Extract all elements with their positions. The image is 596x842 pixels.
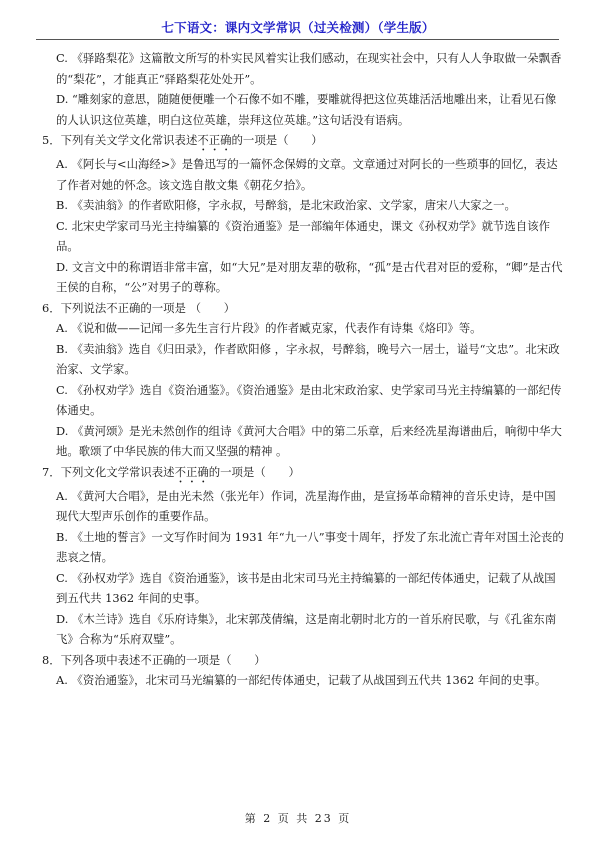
stem-text: 下列文化文学常识表述	[61, 465, 175, 479]
stem-text-end: （ ）	[220, 653, 266, 667]
stem-text-end: 的一项是（ ）	[232, 133, 323, 147]
option-label: D.	[56, 612, 68, 626]
page-number: 第 2 页 共 23 页	[245, 812, 351, 825]
question-6: 6．下列说法不正确的一项是 （ ） A. 《说和做——记闻一多先生言行片段》的作…	[30, 298, 564, 462]
question-number: 8．	[42, 653, 61, 667]
page-content: C. 《驿路梨花》这篇散文所写的朴实民风着实让我们感动，在现实社会中，只有人人争…	[30, 48, 564, 691]
stem-text-end: （ ）	[186, 301, 235, 315]
option-label: C.	[56, 571, 68, 585]
option-text: 《阿长与<山海经>》是鲁迅写的一篇怀念保姆的文章。文章通过对阿长的一些琐事的回忆…	[56, 157, 558, 192]
option-label: B.	[56, 530, 68, 544]
question-8: 8．下列各项中表述不正确的一项是（ ） A. 《资治通鉴》，北宋司马光编纂的一部…	[30, 650, 564, 691]
option-label: D.	[56, 260, 68, 274]
option-text: 《黄河大合唱》，是由光未然（张光年）作词，冼星海作曲，是宣扬革命精神的音乐史诗，…	[56, 489, 556, 524]
option-text: 《卖油翁》选自《归田录》，作者欧阳修 ，字永叔，号醉翁，晚号六一居士，谥号“文忠…	[56, 342, 560, 377]
stem-text: 下列各项中表述不正确的一项是	[61, 653, 220, 667]
option-text: 文言文中的称谓语非常丰富，如“大兄”是对朋友辈的敬称，“孤”是古代君对臣的爱称，…	[56, 260, 563, 295]
option-text: “雕刻家的意思，随随便便雕一个石像不如不雕，要雕就得把这位英雄活活地雕出来，让看…	[56, 92, 556, 127]
emphasized-text: 不正确	[175, 465, 209, 479]
header-title-text: 七下语文：课内文学常识（过关检测）（学生版）	[161, 20, 434, 35]
option-label: A.	[56, 489, 68, 503]
option-a: A. 《黄河大合唱》，是由光未然（张光年）作词，冼星海作曲，是宣扬革命精神的音乐…	[30, 486, 564, 527]
option-a: A. 《说和做——记闻一多先生言行片段》的作者臧克家，代表作有诗集《烙印》等。	[30, 318, 564, 339]
stem-text: 下列有关文学文化常识表述	[61, 133, 198, 147]
option-text: 北宋史学家司马光主持编纂的《资治通鉴》是一部编年体通史，课文《孙权劝学》就节选自…	[56, 219, 550, 254]
option-b: B. 《卖油翁》选自《归田录》，作者欧阳修 ，字永叔，号醉翁，晚号六一居士，谥号…	[30, 339, 564, 380]
question-number: 6．	[42, 301, 61, 315]
question-stem: 7．下列文化文学常识表述不正确的一项是（ ）	[30, 462, 564, 486]
option-label: A.	[56, 321, 68, 335]
option-b: B. 《土地的誓言》一文写作时间为 1931 年“九一八”事变十周年，抒发了东北…	[30, 527, 564, 568]
option-label: A.	[56, 673, 68, 687]
option-d: D. 文言文中的称谓语非常丰富，如“大兄”是对朋友辈的敬称，“孤”是古代君对臣的…	[30, 257, 564, 298]
question-number: 7．	[42, 465, 61, 479]
question-7: 7．下列文化文学常识表述不正确的一项是（ ） A. 《黄河大合唱》，是由光未然（…	[30, 462, 564, 650]
stem-text: 下列说法不正确的一项是	[61, 301, 186, 315]
option-c: C. 《孙权劝学》选自《资治通鉴》。《资治通鉴》是由北宋政治家、史学家司马光主持…	[30, 380, 564, 421]
option-c: C. 《孙权劝学》选自《资治通鉴》，该书是由北宋司马光主持编纂的一部纪传体通史，…	[30, 568, 564, 609]
option-label: B.	[56, 198, 68, 212]
option-text: 《木兰诗》选自《乐府诗集》，北宋郭茂倩编，这是南北朝时北方的一首乐府民歌，与《孔…	[56, 612, 556, 647]
document-header-title: 七下语文：课内文学常识（过关检测）（学生版）	[0, 18, 596, 36]
option-a: A. 《阿长与<山海经>》是鲁迅写的一篇怀念保姆的文章。文章通过对阿长的一些琐事…	[30, 154, 564, 195]
option-label: D.	[56, 424, 68, 438]
header-divider	[36, 39, 559, 40]
option-label: A.	[56, 157, 68, 171]
option-c: C. 《驿路梨花》这篇散文所写的朴实民风着实让我们感动，在现实社会中，只有人人争…	[30, 48, 564, 89]
option-c: C. 北宋史学家司马光主持编纂的《资治通鉴》是一部编年体通史，课文《孙权劝学》就…	[30, 216, 564, 257]
option-b: B. 《卖油翁》的作者欧阳修，字永叔，号醉翁，是北宋政治家、文学家，唐宋八大家之…	[30, 195, 564, 216]
option-text: 《驿路梨花》这篇散文所写的朴实民风着实让我们感动，在现实社会中，只有人人争取做一…	[56, 51, 561, 86]
option-text: 《孙权劝学》选自《资治通鉴》。《资治通鉴》是由北宋政治家、史学家司马光主持编纂的…	[56, 383, 561, 418]
question-stem: 6．下列说法不正确的一项是 （ ）	[30, 298, 564, 319]
question-stem: 8．下列各项中表述不正确的一项是（ ）	[30, 650, 564, 671]
option-text: 《孙权劝学》选自《资治通鉴》，该书是由北宋司马光主持编纂的一部纪传体通史，记载了…	[56, 571, 556, 606]
page-footer: 第 2 页 共 23 页	[0, 810, 596, 826]
emphasized-text: 不正确	[197, 133, 231, 147]
option-text: 《卖油翁》的作者欧阳修，字永叔，号醉翁，是北宋政治家、文学家，唐宋八大家之一。	[72, 198, 516, 212]
option-text: 《黄河颂》是光未然创作的组诗《黄河大合唱》中的第二乐章，后来经冼星海谱曲后，响彻…	[56, 424, 562, 459]
option-label: B.	[56, 342, 68, 356]
question-stem: 5．下列有关文学文化常识表述不正确的一项是（ ）	[30, 130, 564, 154]
option-label: C.	[56, 383, 68, 397]
question-number: 5．	[42, 133, 61, 147]
option-text: 《土地的誓言》一文写作时间为 1931 年“九一八”事变十周年，抒发了东北流亡青…	[56, 530, 564, 565]
option-label: D.	[56, 92, 68, 106]
option-text: 《资治通鉴》，北宋司马光编纂的一部纪传体通史，记载了从战国到五代共 1362 年…	[71, 673, 546, 687]
option-d: D. 《黄河颂》是光未然创作的组诗《黄河大合唱》中的第二乐章，后来经冼星海谱曲后…	[30, 421, 564, 462]
option-a: A. 《资治通鉴》，北宋司马光编纂的一部纪传体通史，记载了从战国到五代共 136…	[30, 670, 564, 691]
stem-text-end: 的一项是（ ）	[209, 465, 300, 479]
option-label: C.	[56, 51, 68, 65]
question-5: 5．下列有关文学文化常识表述不正确的一项是（ ） A. 《阿长与<山海经>》是鲁…	[30, 130, 564, 298]
continued-question-options: C. 《驿路梨花》这篇散文所写的朴实民风着实让我们感动，在现实社会中，只有人人争…	[30, 48, 564, 130]
option-label: C.	[56, 219, 68, 233]
option-d: D. “雕刻家的意思，随随便便雕一个石像不如不雕，要雕就得把这位英雄活活地雕出来…	[30, 89, 564, 130]
option-d: D. 《木兰诗》选自《乐府诗集》，北宋郭茂倩编，这是南北朝时北方的一首乐府民歌，…	[30, 609, 564, 650]
option-text: 《说和做——记闻一多先生言行片段》的作者臧克家，代表作有诗集《烙印》等。	[71, 321, 481, 335]
